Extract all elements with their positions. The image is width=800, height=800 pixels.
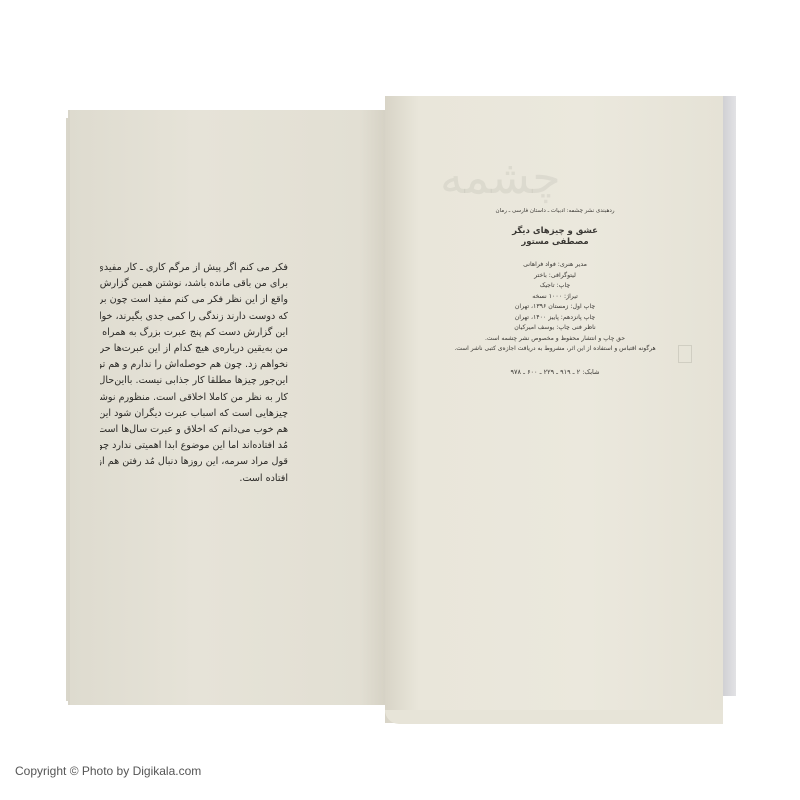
rights-line: حق چاپ و انتشار محفوظ و مخصوص نشر چشمه ا…: [430, 334, 680, 344]
body-line: مُد افتاده‌اند اما این موضوع ابدا اهمیتی…: [100, 438, 288, 454]
body-line: کار به نظر من کاملا اخلاقی است. منظورم ن…: [100, 390, 288, 406]
body-line: افتاده است.: [100, 471, 288, 487]
credit-line: چاپ: تاجیک: [430, 281, 680, 292]
photo-copyright: Copyright © Photo by Digikala.com: [15, 764, 201, 778]
credit-line: لیتوگرافی: باختر: [430, 271, 680, 282]
show-through-icon: [678, 345, 692, 363]
body-line: فکر می کنم اگر پیش از مرگم کاری ـ کار مف…: [100, 260, 288, 276]
credit-line: تیراژ: ۱۰۰۰ نسخه: [430, 292, 680, 303]
credit-line: ناظر فنی چاپ: یوسف امیرکیان: [430, 323, 680, 334]
body-line: من به‌یقین درباره‌ی هیچ کدام از این عبرت…: [100, 341, 288, 357]
left-page-body-text: فکر می کنم اگر پیش از مرگم کاری ـ کار مف…: [100, 260, 288, 487]
body-line: برای من باقی مانده باشد، نوشتن همین گزار…: [100, 276, 288, 292]
right-page-curl: [385, 710, 723, 724]
body-line: هم خوب می‌دانم که اخلاق و عبرت سال‌ها اس…: [100, 422, 288, 438]
right-page-stack-edge: [722, 96, 736, 696]
body-line: که دوست دارند زندگی را کمی جدی بگیرند، خ…: [100, 309, 288, 325]
credit-line: چاپ اول: زمستان ۱۳۹۶، تهران: [430, 302, 680, 313]
body-line: نخواهم زد. چون هم حوصله‌اش را ندارم و هم…: [100, 357, 288, 373]
rights-line: هرگونه اقتباس و استفاده از این اثر، مشرو…: [430, 344, 680, 354]
body-line: این‌جور چیزها مطلقا کار جذابی نیست. باای…: [100, 373, 288, 389]
credit-line: چاپ پانزدهم: پاییز ۱۴۰۰، تهران: [430, 313, 680, 324]
body-line: چیزهایی است که اسباب عبرت دیگران شود این…: [100, 406, 288, 422]
body-line: واقع از این نظر فکر می کنم مفید است چون …: [100, 292, 288, 308]
book-author: مصطفی مستور: [430, 237, 680, 248]
credit-line: مدیر هنری: فواد فراهانی: [430, 260, 680, 271]
colophon: ردهبندی نشر چشمه: ادبیات ـ داستان فارسی …: [430, 208, 680, 376]
body-line: این گزارش دست کم پنج عبرت بزرگ به همراه …: [100, 325, 288, 341]
publisher-watermark-logo: چشمه: [440, 150, 561, 204]
book-title: عشق و چیزهای دیگر: [430, 226, 680, 237]
body-line: قول مراد سرمه، این روزها دنبال مُد رفتن …: [100, 454, 288, 470]
classification-line: ردهبندی نشر چشمه: ادبیات ـ داستان فارسی …: [430, 208, 680, 214]
isbn: شابک: ۲ ـ ۹۱۹ ـ ۲۲۹ ـ ۶۰۰ ـ ۹۷۸: [430, 368, 680, 376]
